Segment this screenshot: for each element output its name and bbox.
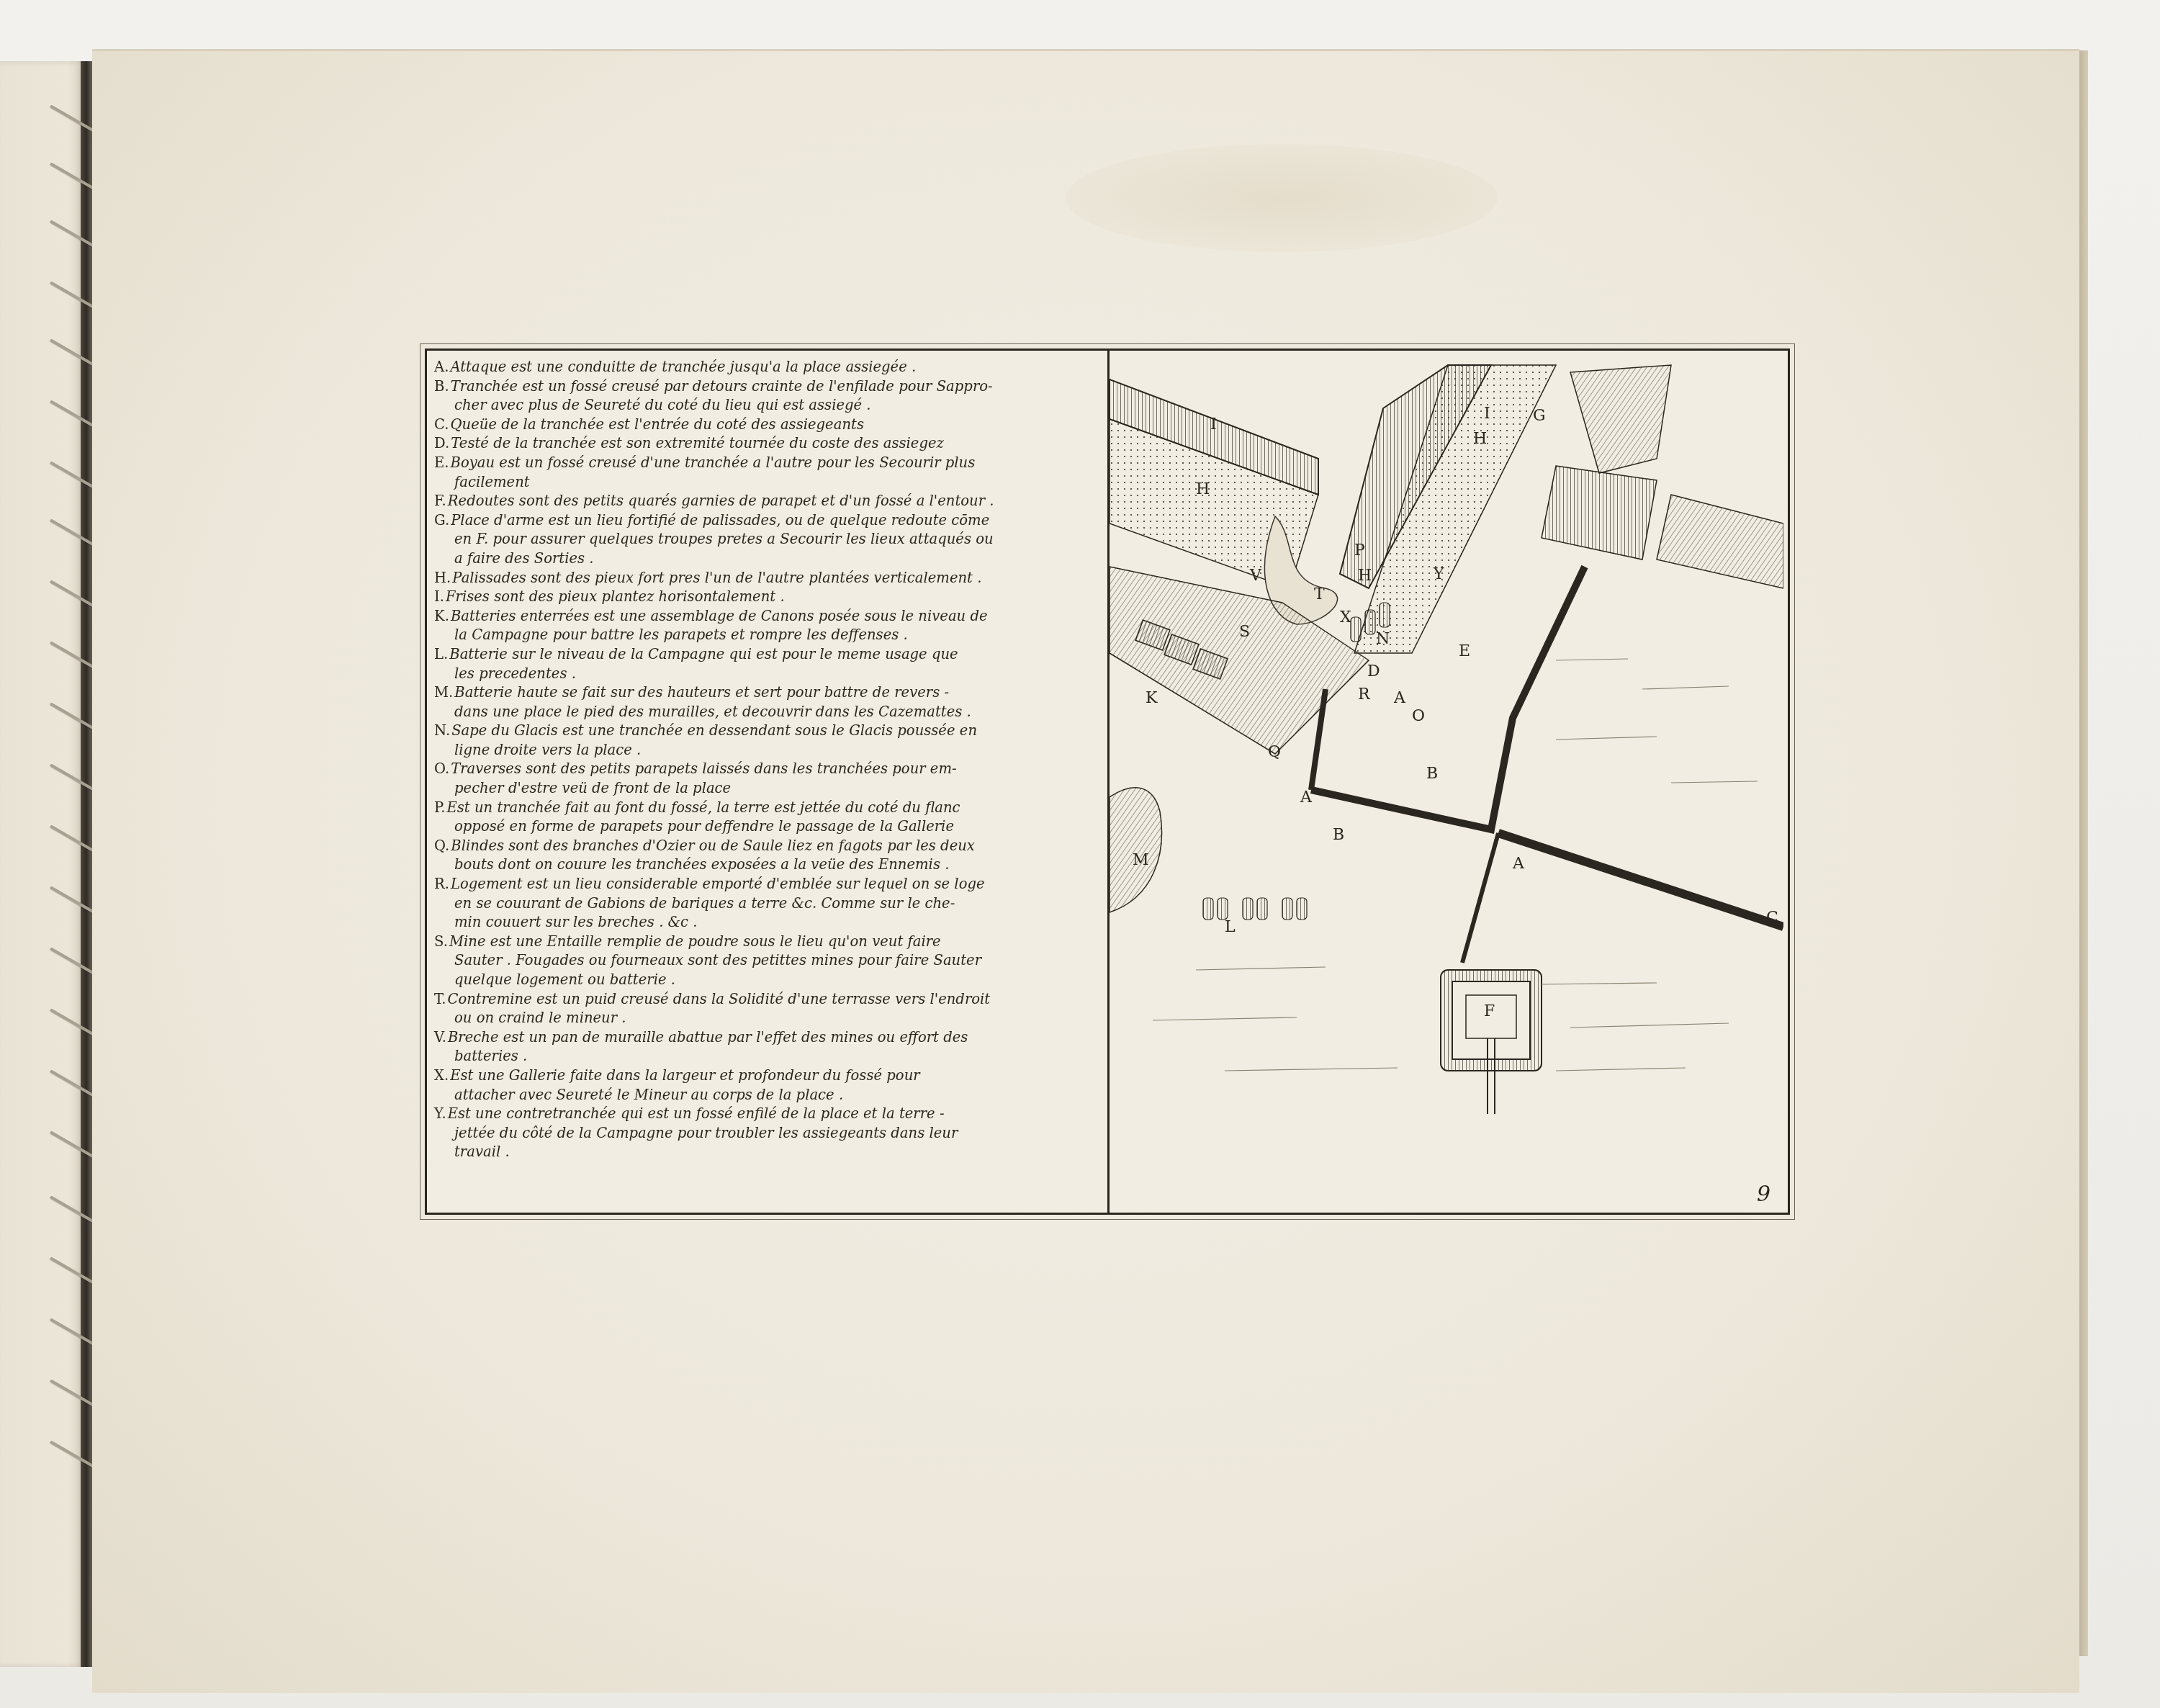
legend-text-line: Logement est un lieu considerable emport… <box>451 876 985 892</box>
legend-text-line: cher avec plus de Seureté du coté du lie… <box>434 396 1102 415</box>
legend-letter: A. <box>434 359 449 375</box>
legend-text-line: Tranchée est un fossé creusé par detours… <box>451 378 993 395</box>
map-label: C <box>1766 909 1778 927</box>
legend-entry: P.Est un tranchée fait au font du fossé,… <box>434 799 1102 837</box>
map-label: N <box>1376 630 1390 648</box>
legend-entry: A.Attaque est une conduitte de tranchée … <box>434 358 1102 377</box>
legend-text-line: min couuert sur les breches . &c . <box>434 913 1102 932</box>
legend-letter: P. <box>434 799 445 816</box>
map-label: A <box>1300 788 1312 806</box>
legend-letter: T. <box>434 991 446 1007</box>
legend-entry: G.Place d'arme est un lieu fortifié de p… <box>434 511 1102 569</box>
legend-text-line: Testé de la tranchée est son extremité t… <box>451 435 944 451</box>
legend-text-line: en F. pour assurer quelques troupes pret… <box>434 530 1102 549</box>
map-label: F <box>1484 1002 1495 1020</box>
legend-entry: K.Batteries enterrées est une assemblage… <box>434 607 1102 645</box>
legend-text-line: Batteries enterrées est une assemblage d… <box>451 608 988 624</box>
legend-letter: Y. <box>434 1105 446 1122</box>
legend-text-line: les precedentes . <box>434 665 1102 684</box>
legend-text-line: quelque logement ou batterie . <box>434 971 1102 990</box>
legend-text-line: Queüe de la tranchée est l'entrée du cot… <box>451 416 864 433</box>
legend-letter: K. <box>434 608 449 624</box>
legend-panel: A.Attaque est une conduitte de tranchée … <box>427 351 1110 1213</box>
fortification-plan-illustration <box>1110 351 1783 1208</box>
legend-text-line: bouts dont on couure les tranchées expos… <box>434 855 1102 875</box>
map-label: I <box>1484 405 1490 423</box>
map-label: S <box>1239 623 1250 641</box>
legend-entry: Q.Blindes sont des branches d'Ozier ou d… <box>434 837 1102 875</box>
legend-text-line: opposé en forme de parapets pour deffend… <box>434 817 1102 837</box>
legend-letter: S. <box>434 933 448 950</box>
map-label: B <box>1426 765 1438 783</box>
map-label: P <box>1354 541 1365 559</box>
legend-text-line: Batterie sur le niveau de la Campagne qu… <box>449 646 958 662</box>
legend-text-line: Palissades sont des pieux fort pres l'un… <box>452 570 981 586</box>
legend-entry: Y.Est une contretranchée qui est un foss… <box>434 1105 1102 1162</box>
legend-entry: B.Tranchée est un fossé creusé par detou… <box>434 377 1102 415</box>
legend-letter: F. <box>434 493 446 509</box>
map-label: L <box>1225 918 1236 936</box>
legend-text-line: jettée du côté de la Campagne pour troub… <box>434 1124 1102 1143</box>
legend-text-line: Est une Gallerie faite dans la largeur e… <box>450 1067 919 1084</box>
legend-entry: E.Boyau est un fossé creusé d'une tranch… <box>434 454 1102 492</box>
legend-text-line: Blindes sont des branches d'Ozier ou de … <box>451 837 975 854</box>
map-label: R <box>1358 686 1370 704</box>
legend-entry: T.Contremine est un puid creusé dans la … <box>434 990 1102 1028</box>
left-page-edge <box>0 61 85 1667</box>
map-label: Q <box>1268 743 1281 761</box>
legend-letter: E. <box>434 454 449 471</box>
legend-text-line: facilement <box>434 473 1102 493</box>
legend-letter: M. <box>434 684 453 701</box>
map-label: A <box>1513 855 1524 873</box>
legend-text-line: dans une place le pied des murailles, et… <box>434 703 1102 722</box>
legend-text-line: ligne droite vers la place . <box>434 741 1102 760</box>
legend-text-line: Est un tranchée fait au font du fossé, l… <box>446 799 960 816</box>
legend-text-line: Frises sont des pieux plantez horisontal… <box>446 588 785 605</box>
legend-entry: N.Sape du Glacis est une tranchée en des… <box>434 722 1102 760</box>
map-label: H <box>1473 430 1487 448</box>
legend-text-line: Breche est un pan de muraille abattue pa… <box>448 1029 968 1046</box>
legend-entry: L.Batterie sur le niveau de la Campagne … <box>434 645 1102 683</box>
map-label: Y <box>1434 565 1444 583</box>
legend-text-line: attacher avec Seureté le Mineur au corps… <box>434 1086 1102 1105</box>
map-label: D <box>1367 662 1380 680</box>
map-label: A <box>1394 689 1405 707</box>
legend-text-line: Place d'arme est un lieu fortifié de pal… <box>451 512 989 529</box>
legend-entry: S.Mine est une Entaille remplie de poudr… <box>434 932 1102 990</box>
legend-entry: D.Testé de la tranchée est son extremité… <box>434 434 1102 454</box>
legend-letter: B. <box>434 378 449 395</box>
legend-letter: N. <box>434 722 450 739</box>
map-label: E <box>1459 642 1470 660</box>
legend-entry: F.Redoutes sont des petits quarés garnie… <box>434 492 1102 511</box>
legend-letter: Q. <box>434 837 449 854</box>
map-label: T <box>1314 585 1325 603</box>
legend-entry: H.Palissades sont des pieux fort pres l'… <box>434 569 1102 588</box>
legend-letter: H. <box>434 570 451 586</box>
legend-text-line: batteries . <box>434 1047 1102 1066</box>
engraved-plate: A.Attaque est une conduitte de tranchée … <box>425 349 1790 1215</box>
map-label: K <box>1146 689 1157 707</box>
legend-text-line: Contremine est un puid creusé dans la So… <box>447 991 990 1007</box>
siege-drawing: IHIHGVTPHXYENDRAOSKQABBAMLCF 9 <box>1110 351 1783 1213</box>
map-label: M <box>1133 851 1149 869</box>
legend-text-line: Sauter . Fougades ou fourneaux sont des … <box>434 951 1102 971</box>
legend-entry: O.Traverses sont des petits parapets lai… <box>434 760 1102 798</box>
legend-text-line: Boyau est un fossé creusé d'une tranchée… <box>451 454 976 471</box>
legend-letter: R. <box>434 876 449 892</box>
map-label: X <box>1340 608 1351 626</box>
legend-text-line: Traverses sont des petits parapets laiss… <box>451 760 957 777</box>
legend-text-line: Mine est une Entaille remplie de poudre … <box>449 933 941 950</box>
legend-text-line: Est une contretranchée qui est un fossé … <box>448 1105 945 1122</box>
legend-text-line: Attaque est une conduitte de tranchée ju… <box>450 359 916 375</box>
map-label: H <box>1196 480 1210 498</box>
legend-text-line: Redoutes sont des petits quarés garnies … <box>448 493 994 509</box>
legend-letter: C. <box>434 416 449 433</box>
map-label: V <box>1250 567 1261 585</box>
legend-text-line: ou on craind le mineur . <box>434 1009 1102 1028</box>
map-label: B <box>1333 826 1344 844</box>
legend-letter: D. <box>434 435 449 451</box>
legend-letter: G. <box>434 512 449 529</box>
legend-text-line: a faire des Sorties . <box>434 549 1102 569</box>
legend-entry: R.Logement est un lieu considerable empo… <box>434 875 1102 932</box>
legend-letter: X. <box>434 1067 449 1084</box>
legend-entry: V.Breche est un pan de muraille abattue … <box>434 1028 1102 1066</box>
legend-text-line: travail . <box>434 1143 1102 1162</box>
legend-text-line: la Campagne pour battre les parapets et … <box>434 626 1102 645</box>
legend-entry: I.Frises sont des pieux plantez horisont… <box>434 588 1102 607</box>
map-label: G <box>1533 407 1546 425</box>
legend-text-line: Sape du Glacis est une tranchée en desse… <box>451 722 977 739</box>
legend-letter: O. <box>434 760 449 777</box>
water-stain <box>1066 144 1498 252</box>
map-label: H <box>1358 567 1372 585</box>
legend-letter: L. <box>434 646 448 662</box>
legend-text-line: en se couurant de Gabions de bariques a … <box>434 894 1102 914</box>
legend-text-line: Batterie haute se fait sur des hauteurs … <box>454 684 949 701</box>
map-label: I <box>1210 415 1217 433</box>
legend-letter: I. <box>434 588 444 605</box>
map-label: O <box>1412 707 1425 725</box>
legend-letter: V. <box>434 1029 446 1046</box>
legend-entry: C.Queüe de la tranchée est l'entrée du c… <box>434 415 1102 435</box>
legend-text-line: pecher d'estre veü de front de la place <box>434 779 1102 799</box>
legend-entry: M.Batterie haute se fait sur des hauteur… <box>434 683 1102 722</box>
plate-number: 9 <box>1757 1182 1770 1207</box>
legend-entry: X.Est une Gallerie faite dans la largeur… <box>434 1066 1102 1105</box>
